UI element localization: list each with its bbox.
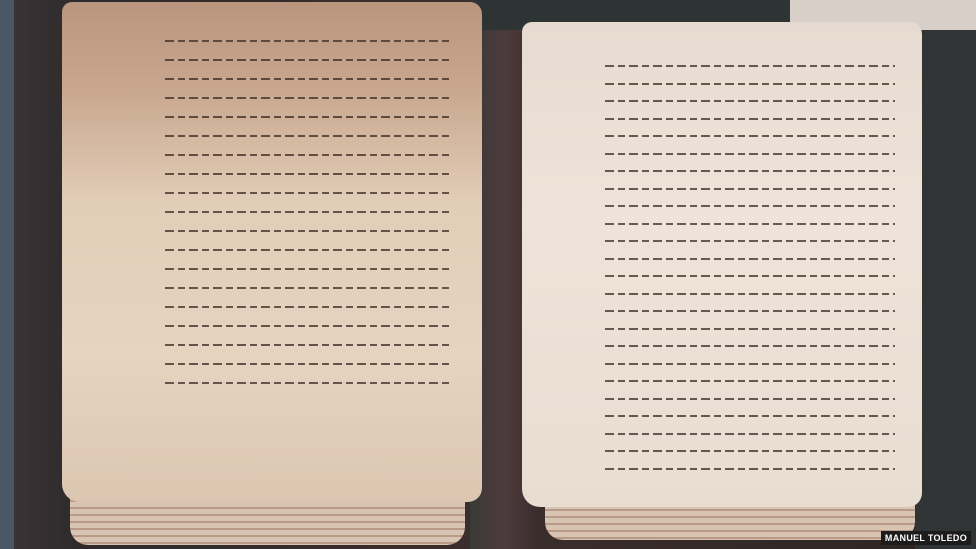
script-line — [605, 450, 895, 452]
script-line — [605, 83, 895, 85]
script-line — [605, 188, 895, 190]
script-line — [605, 293, 895, 295]
left-manuscript-stack — [70, 495, 465, 545]
script-line — [165, 382, 450, 384]
script-line — [165, 97, 450, 99]
script-line — [165, 287, 450, 289]
script-line — [605, 415, 895, 417]
script-line — [165, 306, 450, 308]
script-line — [605, 468, 895, 470]
script-line — [605, 118, 895, 120]
script-line — [605, 135, 895, 137]
script-line — [165, 325, 450, 327]
script-line — [605, 240, 895, 242]
script-line — [165, 59, 450, 61]
script-line — [165, 211, 450, 213]
photo-credit: MANUEL TOLEDO — [881, 531, 971, 545]
script-line — [165, 116, 450, 118]
script-line — [605, 363, 895, 365]
script-line — [605, 258, 895, 260]
script-line — [165, 268, 450, 270]
script-line — [605, 223, 895, 225]
script-line — [605, 328, 895, 330]
script-line — [605, 153, 895, 155]
script-line — [605, 310, 895, 312]
script-line — [605, 398, 895, 400]
script-line — [605, 170, 895, 172]
photo-background: MANUEL TOLEDO — [0, 0, 976, 549]
script-line — [605, 433, 895, 435]
right-book — [915, 30, 976, 549]
script-line — [165, 363, 450, 365]
script-line — [605, 205, 895, 207]
script-line — [605, 100, 895, 102]
script-line — [165, 40, 450, 42]
right-page-script — [605, 65, 895, 485]
script-line — [165, 344, 450, 346]
script-line — [605, 345, 895, 347]
left-page-script — [165, 40, 450, 401]
script-line — [605, 380, 895, 382]
script-line — [165, 192, 450, 194]
script-line — [605, 65, 895, 67]
script-line — [165, 173, 450, 175]
script-line — [165, 154, 450, 156]
left-edge-object — [0, 0, 14, 549]
script-line — [165, 135, 450, 137]
script-line — [165, 249, 450, 251]
script-line — [165, 230, 450, 232]
script-line — [165, 78, 450, 80]
script-line — [605, 275, 895, 277]
